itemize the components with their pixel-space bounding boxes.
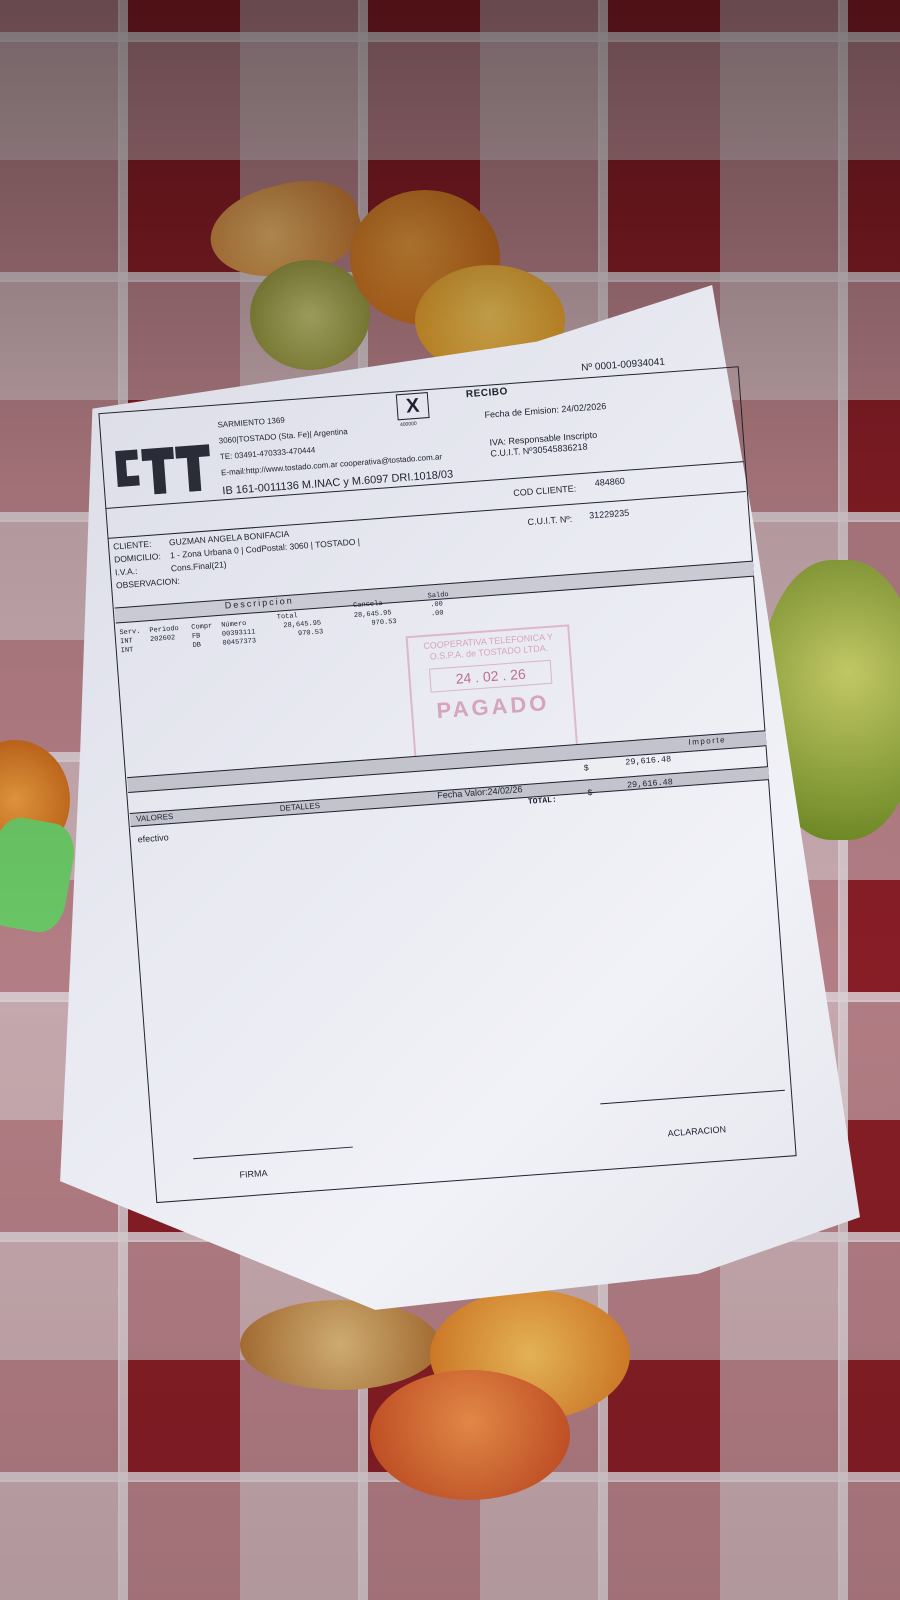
paid-stamp: COOPERATIVA TELEFONICA Y O.S.P.A. de TOS… bbox=[406, 624, 579, 760]
item-compr: DB bbox=[192, 641, 201, 651]
detalles-header: DETALLES bbox=[279, 801, 320, 813]
stamp-date: 24 . 02 . 26 bbox=[429, 660, 552, 693]
item-total: 970.53 bbox=[298, 628, 324, 639]
col-header-compr: Compr bbox=[191, 622, 213, 633]
importe-header: Importe bbox=[688, 735, 726, 747]
stamp-status: PAGADO bbox=[412, 688, 573, 726]
item-saldo: .00 bbox=[431, 609, 444, 619]
receipt: SARMIENTO 1369 3060|TOSTADO (Sta. Fe)| A… bbox=[70, 247, 854, 1197]
item-periodo: 202602 bbox=[150, 634, 176, 645]
company-logo bbox=[110, 430, 214, 497]
description-header: Descripcion bbox=[224, 595, 294, 610]
document-type-code: 400000 bbox=[400, 421, 417, 428]
total-currency: $ bbox=[587, 788, 593, 798]
item-cancela: 970.53 bbox=[371, 618, 397, 629]
signature-label: FIRMA bbox=[239, 1168, 268, 1180]
item-serv: INT bbox=[121, 646, 134, 656]
importe-currency: $ bbox=[583, 763, 589, 773]
valores-header: VALORES bbox=[136, 812, 174, 824]
document-type-box: X bbox=[396, 392, 430, 420]
receipt-number: Nº 0001-00934041 bbox=[581, 357, 665, 374]
